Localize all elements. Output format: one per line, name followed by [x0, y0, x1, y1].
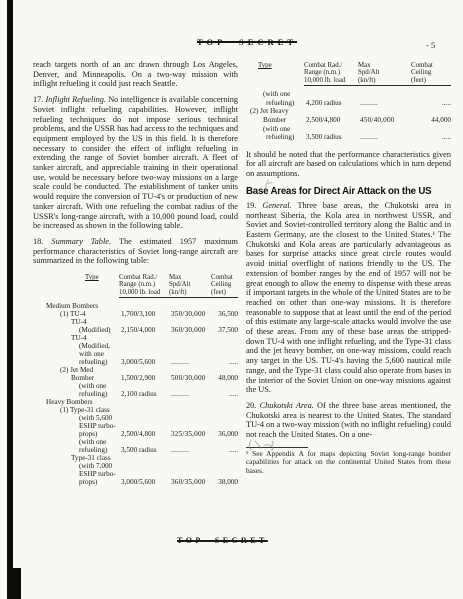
cell-radius: 3,500 radius: [119, 446, 169, 454]
cell-type: TU-4: [33, 318, 119, 326]
cell-speed: 350/30,000: [169, 310, 211, 318]
table-row: (with 5,600: [33, 414, 238, 422]
paragraph-body: Three base areas, the Chukotski area in …: [246, 201, 451, 394]
cell-type: with one: [33, 350, 119, 358]
cell-type: (with one: [246, 90, 304, 99]
paragraph-18: 18. Summary Table. The estimated 1957 ma…: [33, 237, 238, 266]
classification-header: TOP SECRET: [197, 37, 297, 47]
cell-type: Type-31 class: [33, 454, 119, 462]
cell-type: refueling): [33, 390, 119, 398]
table-row: ESHP turbo-: [33, 422, 238, 430]
right-column: Type Combat Rad./ Range (n.m.) 10,000 lb…: [246, 60, 451, 475]
summary-table-continued: Type Combat Rad./ Range (n.m.) 10,000 lb…: [246, 62, 451, 142]
cell-radius: 2,150/4,000: [119, 326, 169, 334]
cell-type: refueling): [246, 133, 304, 142]
page-number: - 5: [426, 40, 435, 50]
cell-ceiling: 44,000: [411, 116, 451, 125]
table-row: (1) Type-31 class: [33, 406, 238, 414]
footnote-rule: [246, 447, 308, 448]
table-row: refueling)4,200 radius..............: [246, 99, 451, 108]
cell-speed: 325/35,000: [169, 430, 211, 438]
cell-type: Bomber: [246, 116, 304, 125]
paragraph-20: 20. Chukotski Area. Of the three base ar…: [246, 401, 451, 440]
cell-type: (Modified): [33, 326, 119, 334]
section-heading: Base Areas for Direct Air Attack on the …: [246, 186, 451, 197]
cell-type: ESHP turbo-: [33, 422, 119, 430]
cell-type: refueling): [33, 358, 119, 366]
table-row: with one: [33, 350, 238, 358]
paragraph-body: No intelligence is available concerning …: [33, 95, 238, 230]
paragraph-title: Inflight Refueling.: [46, 95, 106, 104]
header-type: Type: [246, 62, 304, 86]
cell-speed: .........: [169, 446, 211, 454]
header-combat-radius: Combat Rad./ Range (n.m.) 10,000 lb. loa…: [119, 274, 169, 298]
table-row: (with 7,000: [33, 462, 238, 470]
cell-ceiling: .....: [211, 446, 238, 454]
table-row: (with one: [246, 125, 451, 134]
header-combat-ceiling: Combat Ceiling (feet): [211, 274, 238, 298]
table-row: (2) Jet Med: [33, 366, 238, 374]
paragraph-number: 20.: [246, 401, 256, 410]
cell-ceiling: 36,500: [211, 310, 238, 318]
table-row: ESHP turbo-: [33, 470, 238, 478]
cell-type: (Modified,: [33, 342, 119, 350]
cell-type: (2) Jet Heavy: [246, 107, 304, 116]
paragraph-title: Chukotski Area.: [260, 401, 314, 410]
cell-radius: 3,000/5,600: [119, 358, 169, 366]
cell-speed: 360/35,000: [169, 478, 211, 486]
paragraph-17: 17. Inflight Refueling. No intelligence …: [33, 95, 238, 231]
table-row: refueling)3,500 radius..............: [33, 446, 238, 454]
cell-radius: 3,000/5,600: [119, 478, 169, 486]
table-row: (2) Jet Heavy: [246, 107, 451, 116]
cell-type: ESHP turbo-: [33, 470, 119, 478]
cell-type: (with one: [246, 125, 304, 134]
table-row: refueling)2,100 radius..............: [33, 390, 238, 398]
cell-type: Bomber: [33, 374, 119, 382]
cell-type: (with one: [33, 438, 119, 446]
table-row: props)2,500/4,800325/35,00036,000: [33, 430, 238, 438]
cell-speed: .........: [169, 358, 211, 366]
cell-type: (with 5,600: [33, 414, 119, 422]
table-header-row: Type Combat Rad./ Range (n.m.) 10,000 lb…: [246, 62, 451, 86]
cell-type: (2) Jet Med: [33, 366, 119, 374]
cell-ceiling: .....: [211, 390, 238, 398]
cell-type: Heavy Bombers: [33, 398, 119, 406]
cell-type: Medium Bombers: [33, 302, 119, 310]
footnote: ¹ See Appendix A for maps depicting Sovi…: [246, 450, 451, 475]
table-row: Heavy Bombers: [33, 398, 238, 406]
paragraph-title: General.: [262, 201, 291, 210]
summary-table: Type Combat Rad./ Range (n.m.) 10,000 lb…: [33, 274, 238, 486]
cell-speed: 500/30,000: [169, 374, 211, 382]
table-row: (Modified,: [33, 342, 238, 350]
cell-ceiling: .....: [411, 99, 451, 108]
table-row: Type-31 class: [33, 454, 238, 462]
cell-type: (with one: [33, 382, 119, 390]
cell-radius: 1,500/2,900: [119, 374, 169, 382]
table-row: (Modified)2,150/4,000360/30,00037,500: [33, 326, 238, 334]
paragraph-number: 17.: [33, 95, 43, 104]
cell-type: (1) TU-4: [33, 310, 119, 318]
table-row: Medium Bombers: [33, 302, 238, 310]
cell-type: props): [33, 478, 119, 486]
cell-type: (with 7,000: [33, 462, 119, 470]
cell-radius: 2,500/4,800: [304, 116, 358, 125]
table-row: (with one: [246, 90, 451, 99]
table-row: (with one: [33, 382, 238, 390]
table-row: TU-4: [33, 318, 238, 326]
left-column: reach targets north of an arc drawn thro…: [33, 60, 238, 486]
cell-ceiling: 37,500: [211, 326, 238, 334]
cell-speed: .........: [169, 390, 211, 398]
cell-ceiling: 48,000: [211, 374, 238, 382]
header-combat-radius: Combat Rad./ Range (n.m.) 10,000 lb. loa…: [304, 62, 358, 86]
table-row: refueling)3,500 radius..............: [246, 133, 451, 142]
table-row: (1) TU-41,700/3,100350/30,00036,500: [33, 310, 238, 318]
cell-type: refueling): [33, 446, 119, 454]
cell-speed: .........: [358, 133, 411, 142]
cell-ceiling: .....: [211, 358, 238, 366]
cell-speed: 360/30,000: [169, 326, 211, 334]
cell-radius: 1,700/3,100: [119, 310, 169, 318]
cell-ceiling: 36,000: [211, 430, 238, 438]
table-row: Bomber2,500/4,800450/40,00044,000: [246, 116, 451, 125]
header-max-speed: Max Spd/Alt (kn/ft): [169, 274, 211, 298]
cell-type: TU-4: [33, 334, 119, 342]
table-row: TU-4: [33, 334, 238, 342]
table-row: props)3,000/5,600360/35,00038,000: [33, 478, 238, 486]
cell-ceiling: 38,000: [211, 478, 238, 486]
cell-speed: 450/40,000: [358, 116, 411, 125]
table-row: refueling)3,000/5,600..............: [33, 358, 238, 366]
table-header-row: Type Combat Rad./ Range (n.m.) 10,000 lb…: [33, 274, 238, 298]
header-combat-ceiling: Combat Ceiling (feet): [411, 62, 451, 86]
cell-radius: 4,200 radius: [304, 99, 358, 108]
table-row: (with one: [33, 438, 238, 446]
table-row: Bomber1,500/2,900500/30,00048,000: [33, 374, 238, 382]
cell-type: refueling): [246, 99, 304, 108]
cell-radius: 3,500 radius: [304, 133, 358, 142]
cell-ceiling: .....: [411, 133, 451, 142]
cell-type: props): [33, 430, 119, 438]
header-max-speed: Max Spd/Alt (kn/ft): [358, 62, 411, 86]
paragraph-number: 18.: [33, 237, 43, 246]
header-type: Type: [33, 274, 119, 298]
scan-corner-artifact: [7, 568, 21, 599]
paragraph-16-continuation: reach targets north of an arc drawn thro…: [33, 60, 238, 89]
scan-edge-artifact: [7, 0, 13, 575]
paragraph-number: 19.: [246, 201, 256, 210]
cell-radius: 2,100 radius: [119, 390, 169, 398]
paragraph-19: 19. General. Three base areas, the Chuko…: [246, 201, 451, 395]
classification-footer: TOP SECRET: [177, 536, 268, 545]
cell-radius: 2,500/4,800: [119, 430, 169, 438]
cell-type: (1) Type-31 class: [33, 406, 119, 414]
paragraph-title: Summary Table.: [51, 237, 111, 246]
cell-speed: .........: [358, 99, 411, 108]
note-paragraph: It should be noted that the performance …: [246, 150, 451, 179]
